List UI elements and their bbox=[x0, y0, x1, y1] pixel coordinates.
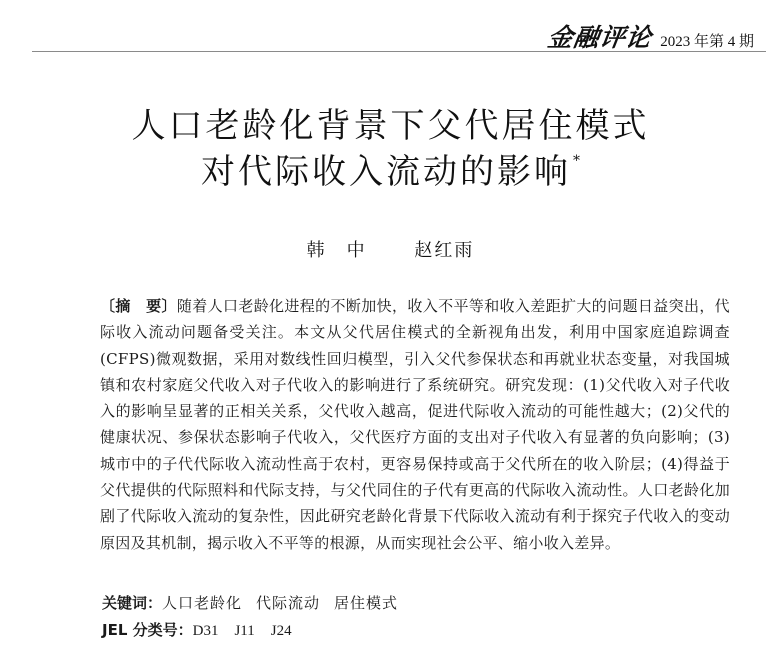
keyword-3: 居住模式 bbox=[334, 594, 398, 612]
keywords-label: 关键词： bbox=[102, 594, 162, 612]
keywords: 关键词：人口老龄化代际流动居住模式 bbox=[102, 592, 412, 613]
abstract-label-open: 〔 bbox=[100, 297, 115, 315]
jel-code-1: D31 bbox=[193, 623, 219, 639]
issue-number: 2023 年第 4 期 bbox=[660, 30, 754, 51]
jel-label: JEL 分类号： bbox=[102, 621, 193, 639]
abstract-label: 摘 要 bbox=[115, 297, 161, 315]
jel-code-3: J24 bbox=[271, 623, 292, 639]
jel-code-2: J11 bbox=[234, 623, 254, 639]
keyword-2: 代际流动 bbox=[256, 594, 320, 612]
author-2: 赵红雨 bbox=[414, 236, 474, 262]
journal-name: 金融评论 bbox=[546, 18, 655, 54]
title-text-2: 对代际收入流动的影响 bbox=[201, 152, 571, 192]
jel-classification: JEL 分类号：D31J11J24 bbox=[102, 619, 308, 640]
paper-title-line-1: 人口老龄化背景下父代居住模式 bbox=[0, 98, 781, 147]
abstract-label-close: 〕 bbox=[161, 297, 176, 315]
abstract-text: 随着人口老龄化进程的不断加快，收入不平等和收入差距扩大的问题日益突出，代际收入流… bbox=[100, 297, 730, 552]
author-list: 韩中 赵红雨 bbox=[0, 236, 781, 262]
title-text-1: 人口老龄化背景下父代居住模式 bbox=[132, 106, 650, 146]
keyword-1: 人口老龄化 bbox=[162, 594, 242, 612]
abstract: 〔摘 要〕随着人口老龄化进程的不断加快，收入不平等和收入差距扩大的问题日益突出，… bbox=[70, 293, 730, 556]
author-1: 韩中 bbox=[307, 236, 387, 262]
header-right: 金融评论 2023 年第 4 期 bbox=[548, 18, 754, 54]
paper-title-line-2: 对代际收入流动的影响* bbox=[0, 144, 781, 193]
footnote-mark: * bbox=[573, 153, 580, 169]
running-header: 金融评论 2023 年第 4 期 bbox=[32, 10, 766, 52]
